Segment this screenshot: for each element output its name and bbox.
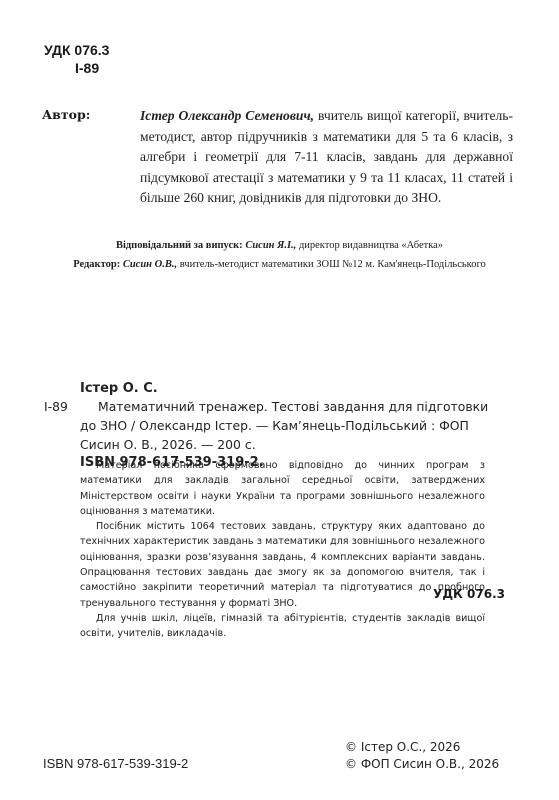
author-name: Істер Олександр Семенович, [140, 108, 314, 123]
responsible-for-release: Відповідальний за випуск: Сисин Я.І., ди… [0, 240, 559, 251]
bibliographic-author: Істер О. С. [80, 380, 500, 398]
author-label: Автор: [42, 107, 90, 122]
copyright-author: © Істер О.С., 2026 [345, 740, 460, 754]
bibliographic-bbk: І-89 [44, 399, 68, 414]
annotation-udk: УДК 076.3 [420, 587, 505, 601]
udk-code: УДК 076.3 [44, 41, 109, 59]
editor-role: вчитель-методист математики ЗОШ №12 м. К… [177, 259, 486, 270]
annotation-paragraph: Матеріал посібника сформовано відповідно… [80, 458, 485, 519]
bibliographic-title: Математичний тренажер. Тестові завдання … [80, 398, 500, 454]
bbk-code: І-89 [75, 59, 99, 77]
editor-name: Сисин О.В., [123, 259, 177, 270]
author-description: Істер Олександр Семенович, вчитель вищої… [140, 106, 513, 209]
editor-credit: Редактор: Сисин О.В., вчитель-методист м… [0, 259, 559, 270]
editor-label: Редактор: [73, 259, 123, 270]
annotation-paragraph: Для учнів шкіл, ліцеїв, гімназій та абіт… [80, 611, 485, 642]
responsible-label: Відповідальний за випуск: [116, 240, 245, 251]
footer-isbn: ISBN 978-617-539-319-2 [43, 756, 188, 771]
responsible-name: Сисин Я.І., [245, 240, 296, 251]
annotation: Матеріал посібника сформовано відповідно… [80, 458, 485, 642]
copyright-publisher: © ФОП Сисин О.В., 2026 [345, 757, 499, 771]
responsible-role: директор видавництва «Абетка» [296, 240, 443, 251]
